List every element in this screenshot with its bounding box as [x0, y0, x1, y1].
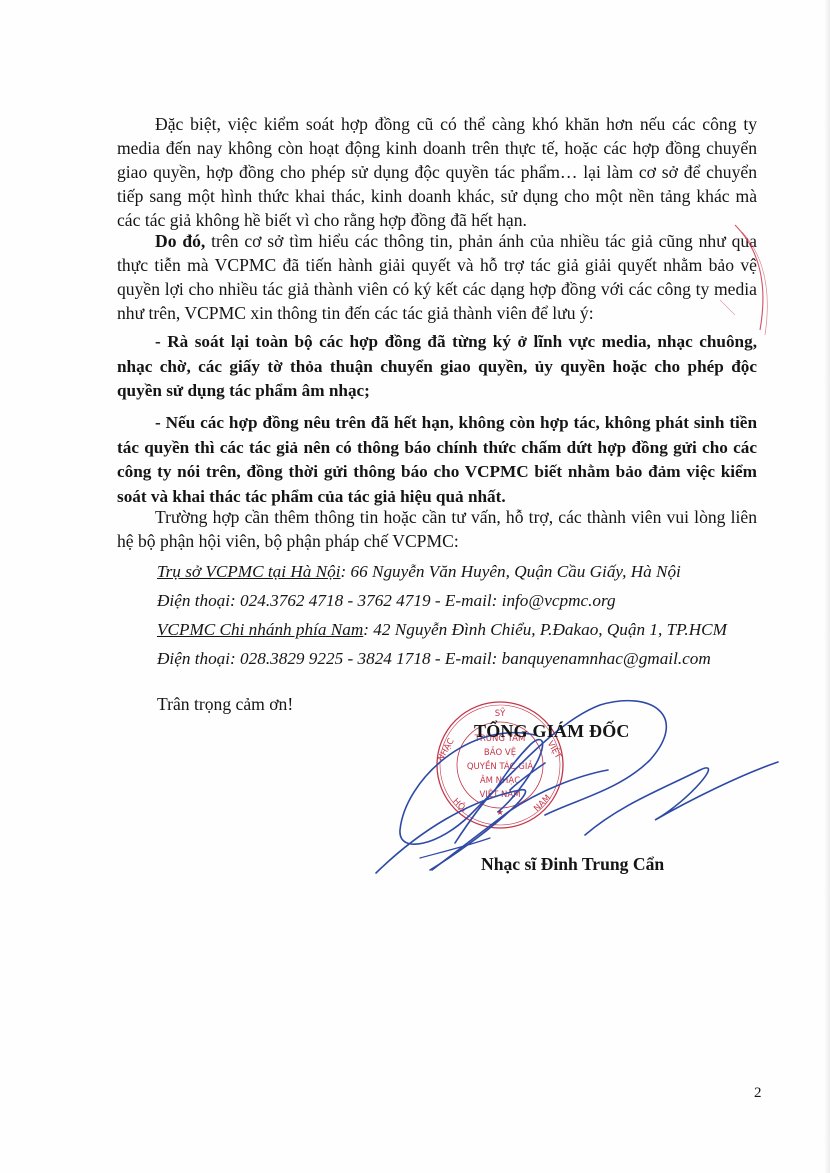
bullet-terminate-contracts: - Nếu các hợp đồng nêu trên đã hết hạn, …: [117, 411, 757, 509]
seal-left-text: NHẠC: [436, 737, 457, 763]
seal-star: ★: [496, 808, 504, 818]
seal-center-line: ÂM NHẠC: [480, 774, 520, 786]
page-number: 2: [754, 1085, 762, 1102]
seal-center-line: VIỆT NAM: [479, 788, 520, 800]
seal-bottom-right-text: NAM: [532, 793, 553, 814]
paragraph-therefore: Do đó, trên cơ sở tìm hiểu các thông tin…: [117, 229, 757, 325]
contact-label: Trụ sở VCPMC tại Hà Nội: [157, 562, 340, 581]
contact-south-address: VCPMC Chi nhánh phía Nam: 42 Nguyễn Đình…: [157, 619, 727, 641]
bullet-review-contracts: - Rà soát lại toàn bộ các hợp đồng đã từ…: [117, 330, 757, 404]
signer-name: Nhạc sĩ Đinh Trung Cẩn: [481, 854, 664, 875]
paragraph-lead: Do đó,: [155, 231, 205, 251]
seal-center-line: QUYỀN TÁC GIẢ: [467, 759, 533, 772]
seal-center-line: BẢO VỆ: [484, 746, 516, 758]
paragraph-contract-control: Đặc biệt, việc kiểm soát hợp đồng cũ có …: [117, 112, 757, 232]
seal-top-text: SỸ: [495, 708, 506, 719]
contact-label: VCPMC Chi nhánh phía Nam: [157, 620, 363, 639]
contact-hanoi-phone: Điện thoại: 024.3762 4718 - 3762 4719 - …: [157, 590, 616, 612]
contact-value: Điện thoại: 028.3829 9225 - 3824 1718 - …: [157, 649, 711, 668]
contact-intro: Trường hợp cần thêm thông tin hoặc cần t…: [117, 505, 757, 553]
seal-bottom-left-text: HỘI: [450, 795, 470, 815]
contact-hanoi-address: Trụ sở VCPMC tại Hà Nội: 66 Nguyễn Văn H…: [157, 561, 681, 583]
contact-value: : 66 Nguyễn Văn Huyên, Quận Cầu Giấy, Hà…: [340, 562, 680, 581]
signature-title: TỔNG GIÁM ĐỐC: [474, 721, 630, 742]
page-edge-shadow: [824, 0, 830, 1173]
paragraph-text: trên cơ sở tìm hiểu các thông tin, phản …: [117, 231, 757, 323]
contact-value: Điện thoại: 024.3762 4718 - 3762 4719 - …: [157, 591, 616, 610]
contact-south-phone: Điện thoại: 028.3829 9225 - 3824 1718 - …: [157, 648, 711, 670]
closing-text: Trân trọng cảm ơn!: [157, 694, 293, 715]
document-page: Đặc biệt, việc kiểm soát hợp đồng cũ có …: [0, 0, 830, 1173]
paragraph-text: Đặc biệt, việc kiểm soát hợp đồng cũ có …: [117, 114, 757, 230]
contact-value: : 42 Nguyễn Đình Chiểu, P.Đakao, Quận 1,…: [363, 620, 727, 639]
